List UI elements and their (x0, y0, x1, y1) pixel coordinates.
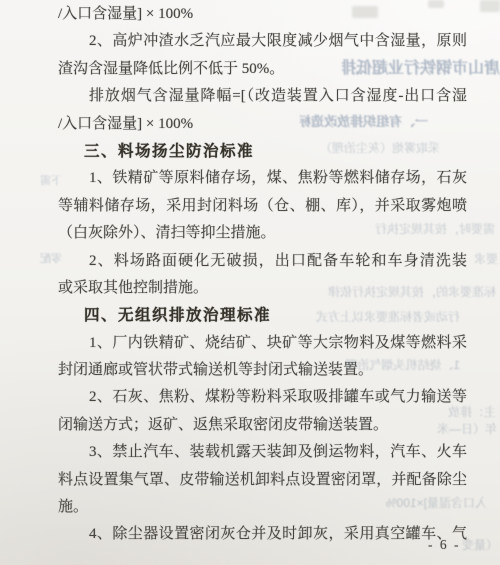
document-text-line: 1、铁精矿等原料储存场，煤、焦粉等燃料储存场，石灰（石） (58, 165, 467, 192)
document-text-line: /入口含湿量] × 100% (58, 111, 467, 138)
document-text-line: 3、禁止汽车、装载机露天装卸及倒运物料，汽车、火车卸 (58, 439, 467, 466)
document-text-line: 料点设置集气罩、皮带输送机卸料点设置密闭罩，并配备除尘设 (58, 467, 467, 494)
document-text-line: /入口含湿量] × 100% (58, 1, 467, 28)
document-text-line: 2、石灰、焦粉、煤粉等粉料采取吸排罐车或气力输送等密 (58, 384, 467, 411)
scan-smudge (480, 0, 500, 12)
document-text-line: 1、厂内铁精矿、烧结矿、块矿等大宗物料及煤等燃料采用 (58, 330, 467, 357)
document-text-line: 或采取其他控制措施。 (58, 275, 467, 302)
section-heading: 四、无组织排放治理标准 (58, 302, 467, 329)
scanned-document-page: /入口含湿量] × 100%2、高炉冲渣水乏汽应最大限度减少烟气中含湿量，原则上… (0, 0, 500, 565)
section-heading: 三、料场扬尘防治标准 (58, 138, 467, 165)
document-text-line: 施。 (58, 494, 467, 521)
document-text-line: 渣沟含湿量降低比例不低于 50%。 (58, 56, 467, 83)
document-text-line: 排放烟气含湿量降幅=[（改造装置入口含湿度-出口含湿量） (58, 83, 467, 110)
document-text-line: 闭输送方式；返矿、返焦采取密闭皮带输送装置。 (58, 412, 467, 439)
document-text-line: 4、除尘器设置密闭灰仓并及时卸灰，采用真空罐车、气力 (58, 521, 467, 548)
document-text-line: 2、高炉冲渣水乏汽应最大限度减少烟气中含湿量，原则上 (58, 28, 467, 55)
document-text-line: 等辅料储存场，采用封闭料场（仓、棚、库），并采取雾炮喷淋 (58, 193, 467, 220)
document-text-line: 封闭通廊或管状带式输送机等封闭式输送装置。 (58, 357, 467, 384)
document-text-column: /入口含湿量] × 100%2、高炉冲渣水乏汽应最大限度减少烟气中含湿量，原则上… (58, 1, 467, 549)
document-text-line: 2、料场路面硬化无破损，出口配备车轮和车身清洗装置， (58, 248, 467, 275)
page-number: - 6 - (428, 537, 476, 553)
bleed-through-ghost-text: 要求 (466, 250, 498, 267)
document-text-line: （白灰除外）、清扫等抑尘措施。 (58, 220, 467, 247)
